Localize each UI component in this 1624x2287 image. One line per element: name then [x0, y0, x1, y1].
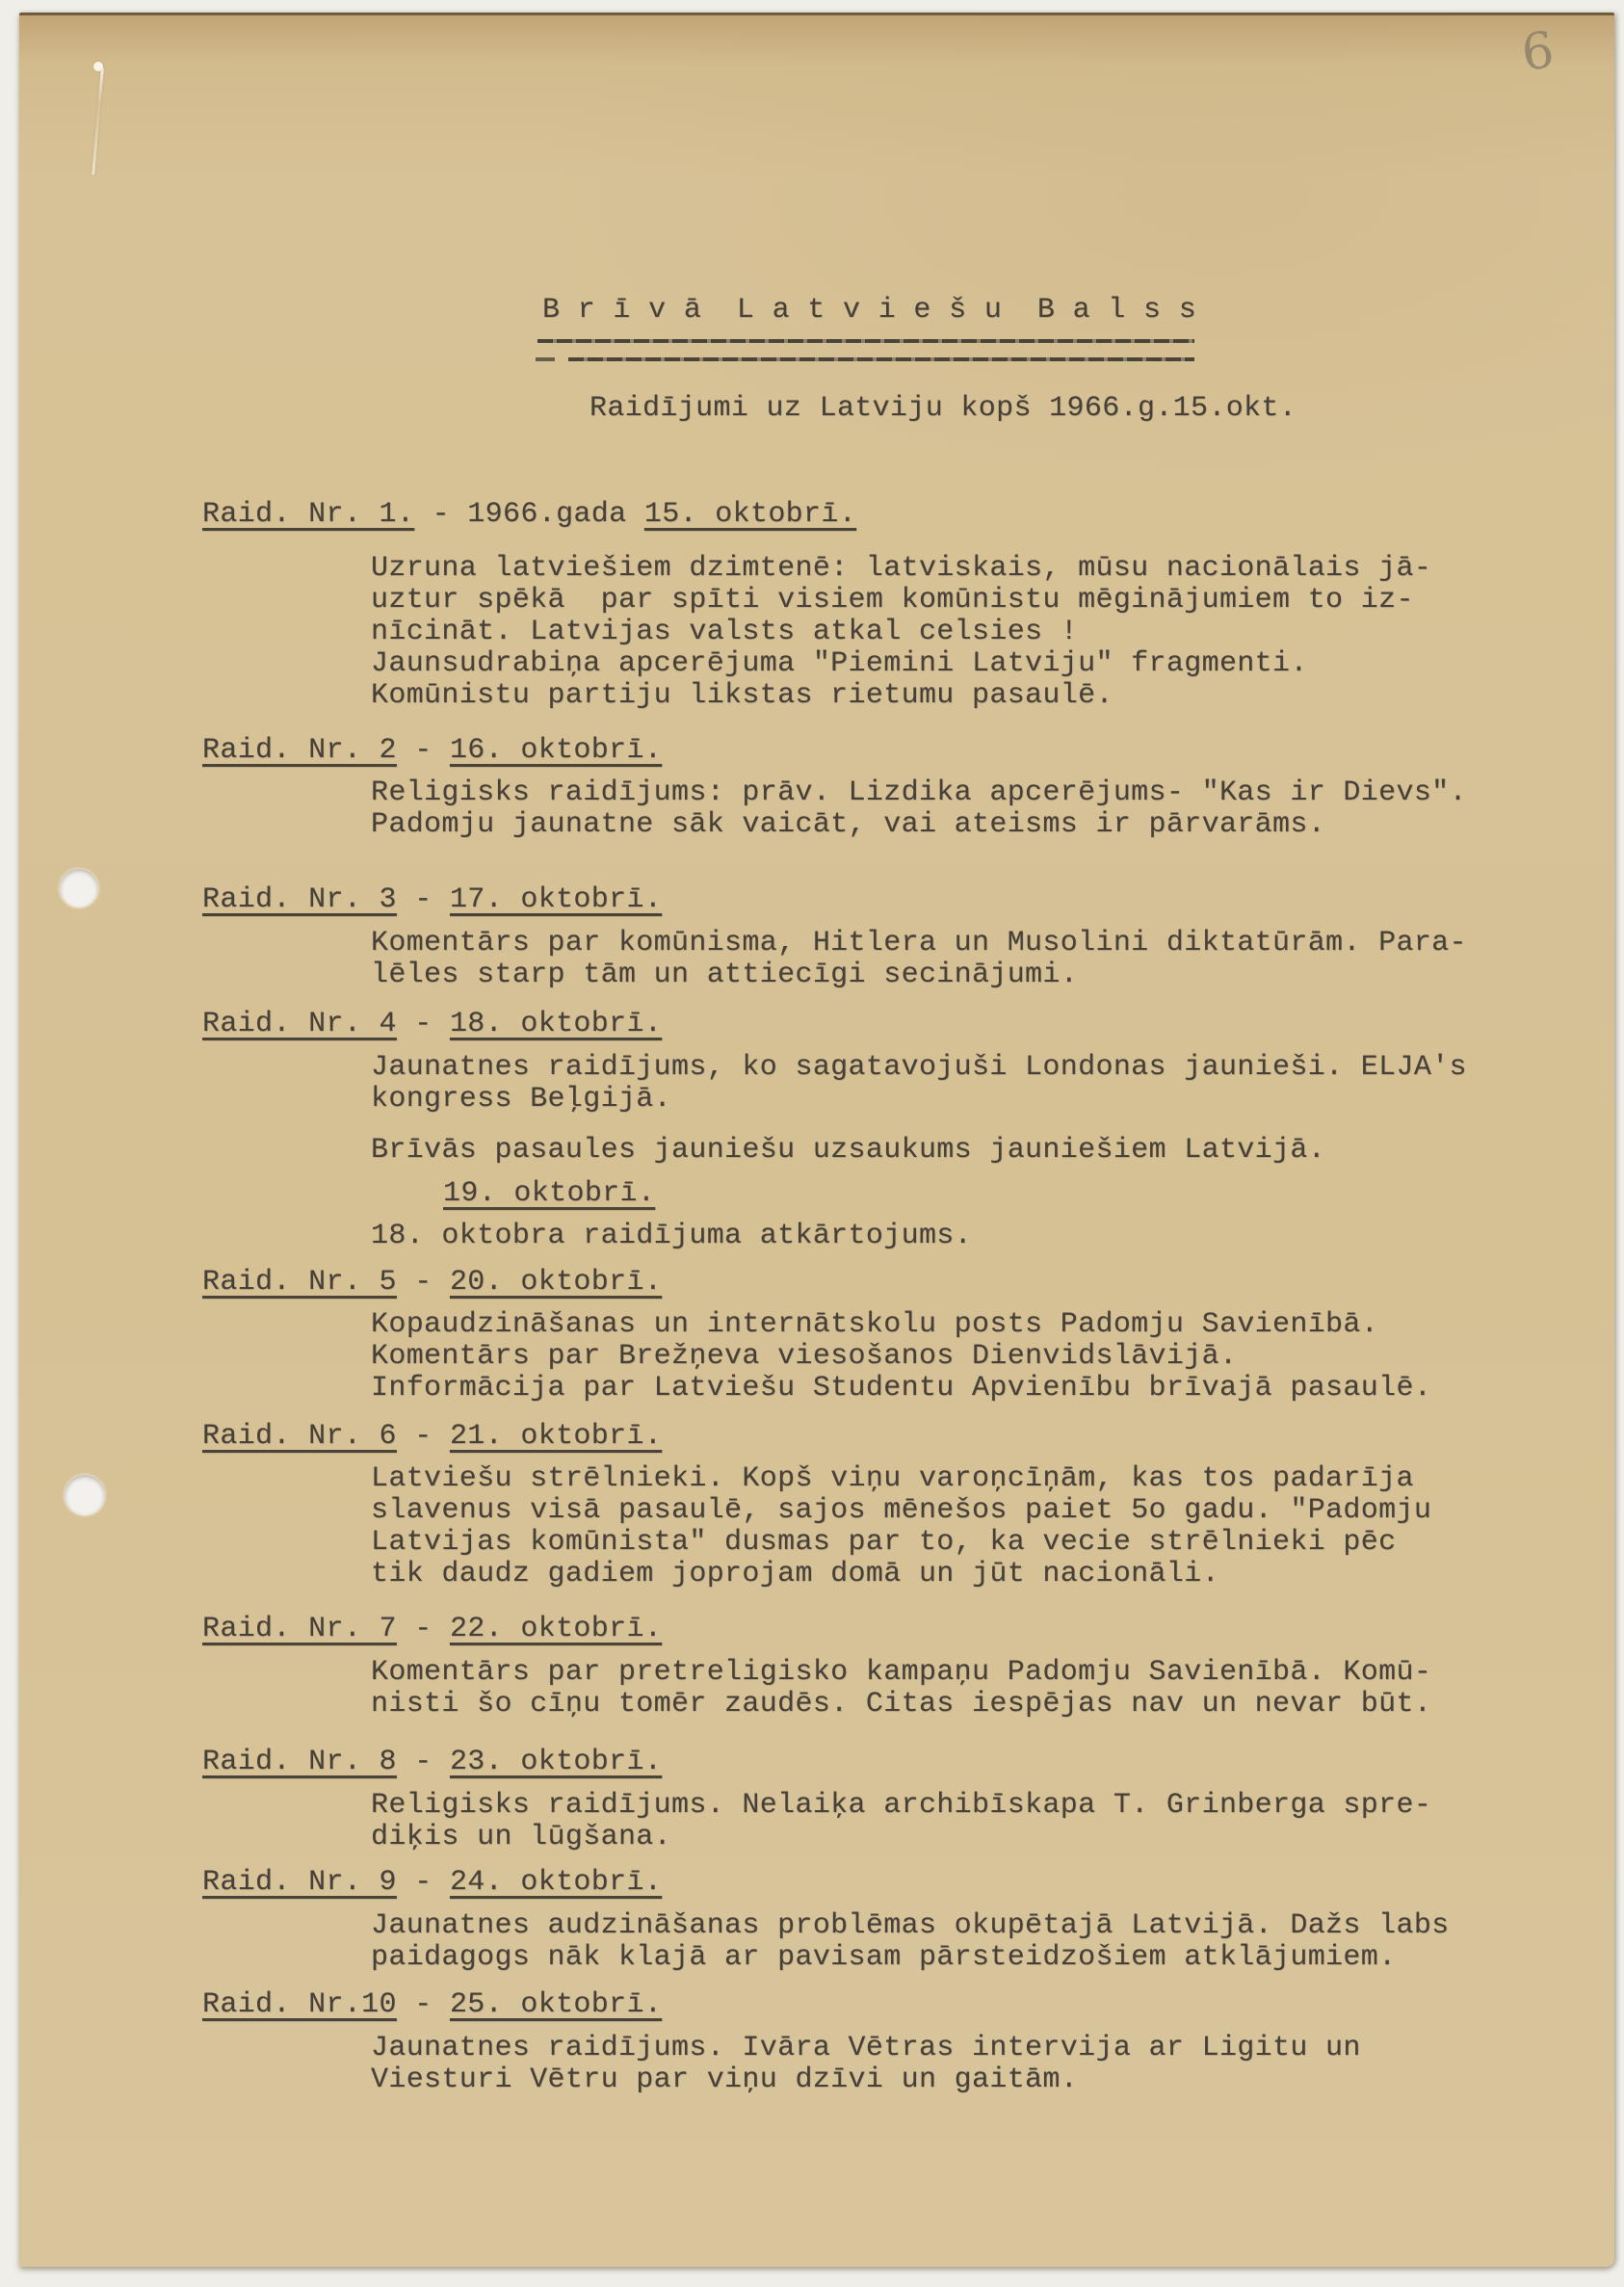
entry-separator: - — [397, 1613, 450, 1645]
entry-body: Latviešu strēlnieki. Kopš viņu varoņcīņā… — [371, 1463, 1431, 1590]
crease-dot — [93, 62, 103, 71]
title-underline-top — [537, 339, 1194, 343]
entry-body: Religisks raidījums. Nelaiķa archibīskap… — [371, 1790, 1431, 1853]
entry-number: Raid. Nr. 9 — [202, 1866, 397, 1899]
hole-punch-bottom — [65, 1475, 105, 1515]
entry-date: 17. oktobrī. — [450, 883, 662, 916]
entry-separator: - 1966.gada — [414, 498, 644, 531]
entry-body: Komentārs par komūnisma, Hitlera un Muso… — [371, 928, 1467, 991]
entry-heading: Raid. Nr. 6 - 21. oktobrī. — [202, 1421, 662, 1453]
entry-separator: - — [397, 1266, 450, 1299]
entry-body: Komentārs par pretreligisko kampaņu Pado… — [371, 1657, 1431, 1721]
entry-body: Uzruna latviešiem dzimtenē: latviskais, … — [371, 553, 1431, 712]
entry-separator: - — [397, 1988, 450, 2021]
entry-body: Jaunatnes raidījums. Ivāra Vētras interv… — [371, 2033, 1361, 2096]
entry-heading: Raid. Nr. 9 - 24. oktobrī. — [202, 1867, 662, 1899]
entry-heading: Raid. Nr. 2 - 16. oktobrī. — [202, 735, 662, 767]
entry-number: Raid. Nr. 8 — [202, 1746, 397, 1778]
entry-separator: - — [397, 734, 450, 767]
entry-separator: - — [397, 1420, 450, 1453]
entry-separator: - — [397, 1866, 450, 1899]
entry-date: 19. oktobrī. — [443, 1177, 655, 1210]
entry-heading: 19. oktobrī. — [443, 1178, 655, 1210]
entry-date: 23. oktobrī. — [450, 1746, 662, 1778]
entry-number: Raid. Nr.10 — [202, 1988, 397, 2021]
entry-body: 18. oktobra raidījuma atkārtojums. — [371, 1221, 972, 1252]
entry-body: Jaunatnes audzināšanas problēmas okupēta… — [371, 1910, 1450, 1974]
document-subtitle: Raidījumi uz Latviju kopš 1966.g.15.okt. — [589, 393, 1297, 425]
entry-date: 16. oktobrī. — [450, 734, 662, 767]
entry-separator: - — [397, 1746, 450, 1778]
entry-body: Kopaudzināšanas un internātskolu posts P… — [371, 1309, 1431, 1405]
entry-date: 18. oktobrī. — [450, 1008, 662, 1040]
entry-date: 21. oktobrī. — [450, 1420, 662, 1453]
entry-separator: - — [397, 883, 450, 916]
entry-date: 20. oktobrī. — [450, 1266, 662, 1299]
entry-heading: Raid. Nr. 4 - 18. oktobrī. — [202, 1009, 662, 1040]
entry-body: Jaunatnes raidījums, ko sagatavojuši Lon… — [371, 1052, 1467, 1116]
entry-heading: Raid. Nr. 7 - 22. oktobrī. — [202, 1614, 662, 1645]
entry-number: Raid. Nr. 5 — [202, 1266, 397, 1299]
scanned-document-page: { "page_number": "6", "colors": { "backg… — [0, 0, 1624, 2287]
entry-body: Religisks raidījums: prāv. Lizdika apcer… — [371, 777, 1467, 841]
entry-body-continued: Brīvās pasaules jauniešu uzsaukums jauni… — [371, 1135, 1325, 1167]
entry-number: Raid. Nr. 2 — [202, 734, 397, 767]
hole-punch-top — [60, 869, 98, 907]
entry-date: 24. oktobrī. — [450, 1866, 662, 1899]
entry-date: 15. oktobrī. — [644, 498, 856, 531]
entry-number: Raid. Nr. 7 — [202, 1613, 397, 1645]
document-title: B r ī v ā L a t v i e š u B a l s s — [542, 295, 1196, 327]
entry-number: Raid. Nr. 3 — [202, 883, 397, 916]
entry-heading: Raid. Nr.10 - 25. oktobrī. — [202, 1989, 662, 2021]
entry-date: 25. oktobrī. — [450, 1988, 662, 2021]
handwritten-page-number: 6 — [1519, 25, 1556, 78]
entry-heading: Raid. Nr. 3 - 17. oktobrī. — [202, 884, 662, 916]
entry-heading: Raid. Nr. 5 - 20. oktobrī. — [202, 1267, 662, 1299]
entry-number: Raid. Nr. 1. — [202, 498, 414, 531]
entry-heading: Raid. Nr. 1. - 1966.gada 15. oktobrī. — [202, 499, 856, 531]
title-underline-bottom — [568, 357, 1194, 361]
entry-separator: - — [397, 1008, 450, 1040]
entry-number: Raid. Nr. 4 — [202, 1008, 397, 1040]
entry-date: 22. oktobrī. — [450, 1613, 662, 1645]
entry-heading: Raid. Nr. 8 - 23. oktobrī. — [202, 1747, 662, 1778]
title-underline-dash — [536, 357, 555, 361]
entry-number: Raid. Nr. 6 — [202, 1420, 397, 1453]
